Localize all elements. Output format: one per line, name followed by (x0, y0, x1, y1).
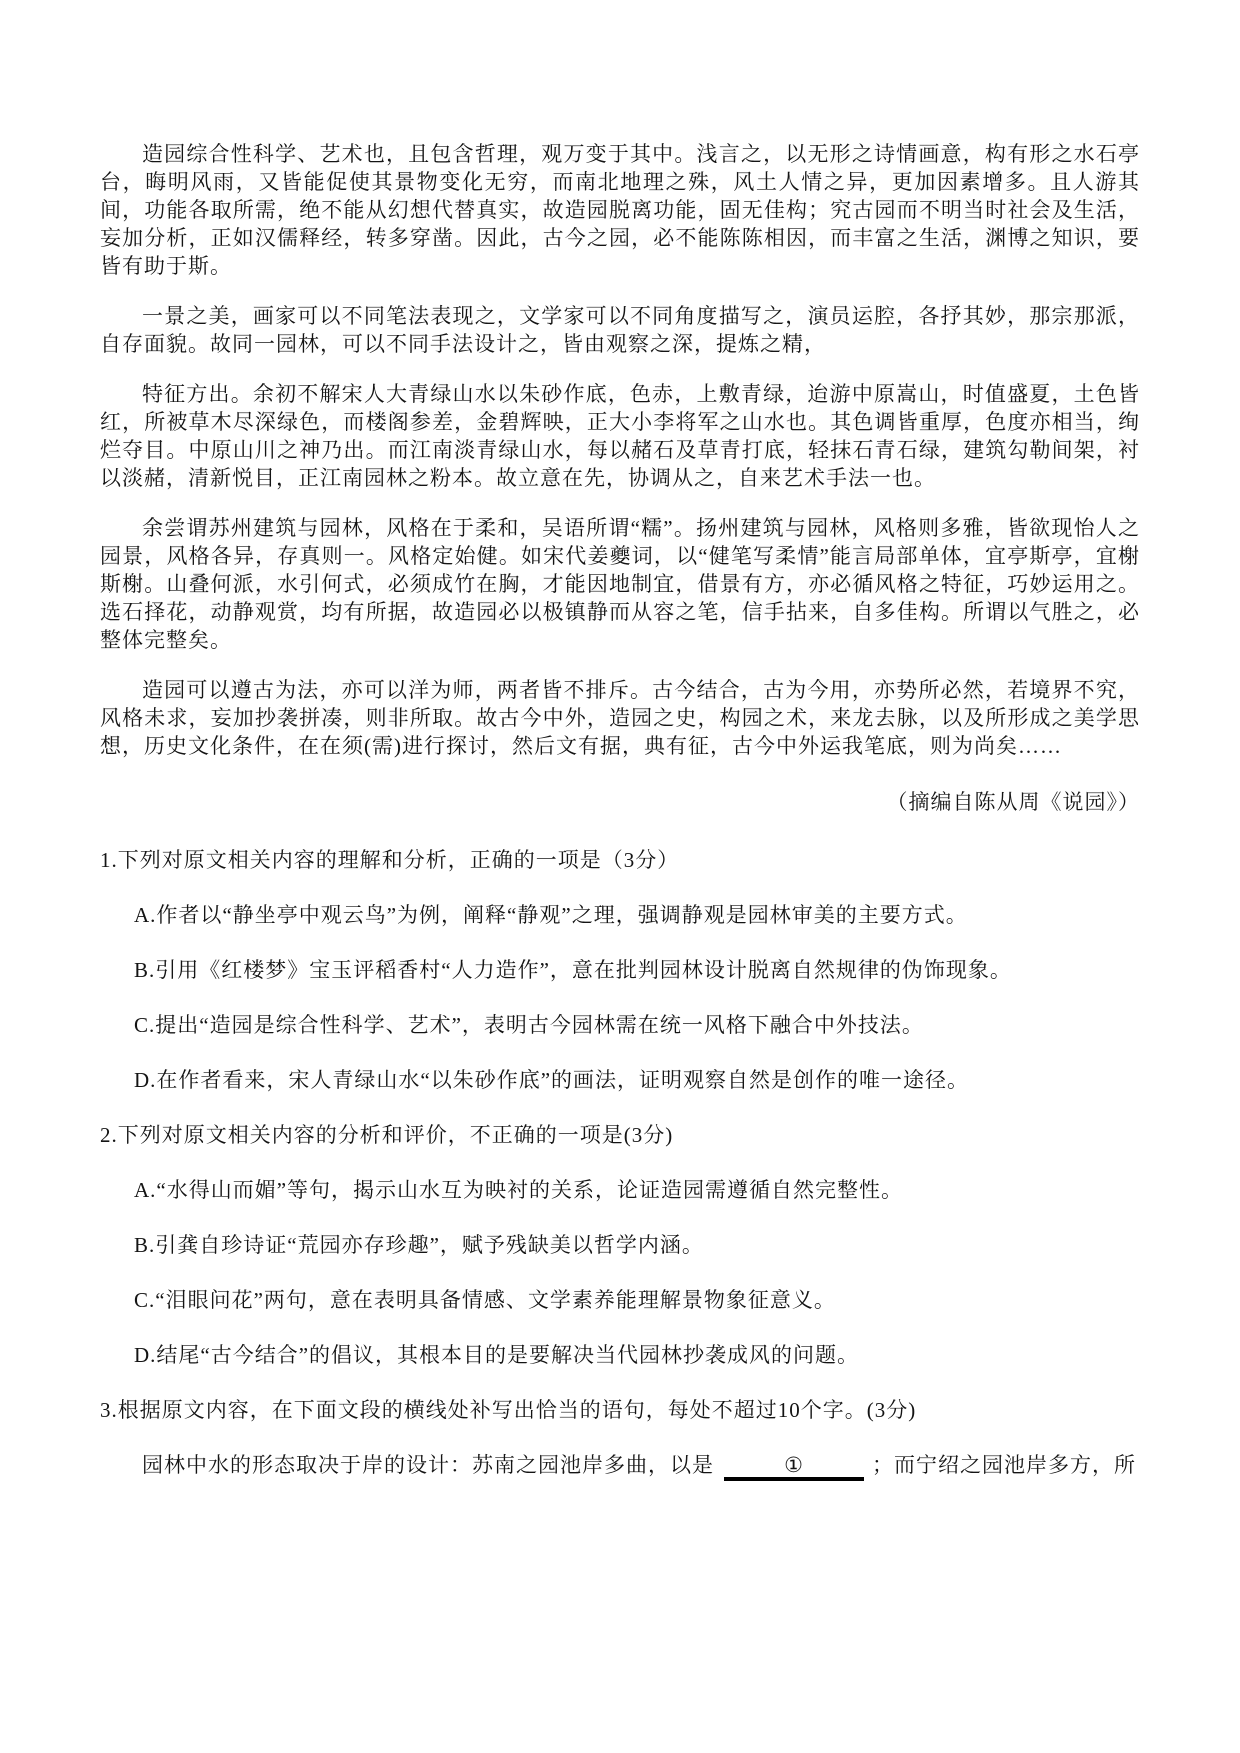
exam-page: 造园综合性科学、艺术也，且包含哲理，观万变于其中。浅言之，以无形之诗情画意，构有… (0, 0, 1240, 1481)
question-2-option-a: A.“水得山而媚”等句，揭示山水互为映衬的关系，论证造园需遵循自然完整性。 (100, 1176, 1140, 1204)
fill-in-text-after: ；而宁绍之园池岸多方，所 (872, 1453, 1136, 1477)
question-1-option-d: D.在作者看来，宋人青绿山水“以朱砂作底”的画法，证明观察自然是创作的唯一途径。 (100, 1066, 1140, 1094)
question-2-option-c: C.“泪眼问花”两句，意在表明具备情感、文学素养能理解景物象征意义。 (100, 1286, 1140, 1314)
question-2-stem: 2.下列对原文相关内容的分析和评价，不正确的一项是(3分) (100, 1121, 1140, 1149)
question-2-option-b: B.引龚自珍诗证“荒园亦存珍趣”，赋予残缺美以哲学内涵。 (100, 1231, 1140, 1259)
question-1-option-a: A.作者以“静坐亭中观云鸟”为例，阐释“静观”之理，强调静观是园林审美的主要方式… (100, 901, 1140, 929)
question-1-option-b: B.引用《红楼梦》宝玉评稻香村“人力造作”，意在批判园林设计脱离自然规律的伪饰现… (100, 956, 1140, 984)
fill-in-sentence: 园林中水的形态取决于岸的设计：苏南之园池岸多曲，以是①；而宁绍之园池岸多方，所 (100, 1451, 1140, 1481)
passage-paragraph-4: 余尝谓苏州建筑与园林，风格在于柔和，吴语所谓“糯”。扬州建筑与园林，风格则多雅，… (100, 514, 1140, 654)
answer-blank-line: ① (724, 1453, 864, 1481)
fill-in-text-before: 园林中水的形态取决于岸的设计：苏南之园池岸多曲，以是 (142, 1453, 714, 1477)
passage-attribution: （摘编自陈从周《说园》） (100, 788, 1140, 816)
question-section: 1.下列对原文相关内容的理解和分析，正确的一项是（3分） A.作者以“静坐亭中观… (100, 846, 1140, 1481)
passage-paragraph-1: 造园综合性科学、艺术也，且包含哲理，观万变于其中。浅言之，以无形之诗情画意，构有… (100, 140, 1140, 280)
reading-passage: 造园综合性科学、艺术也，且包含哲理，观万变于其中。浅言之，以无形之诗情画意，构有… (100, 140, 1140, 816)
question-1-option-c: C.提出“造园是综合性科学、艺术”，表明古今园林需在统一风格下融合中外技法。 (100, 1011, 1140, 1039)
passage-paragraph-2: 一景之美，画家可以不同笔法表现之，文学家可以不同角度描写之，演员运腔，各抒其妙，… (100, 302, 1140, 358)
question-2-option-d: D.结尾“古今结合”的倡议，其根本目的是要解决当代园林抄袭成风的问题。 (100, 1341, 1140, 1369)
passage-paragraph-5: 造园可以遵古为法，亦可以洋为师，两者皆不排斥。古今结合，古为今用，亦势所必然，若… (100, 676, 1140, 760)
question-1-stem: 1.下列对原文相关内容的理解和分析，正确的一项是（3分） (100, 846, 1140, 874)
question-3-stem: 3.根据原文内容，在下面文段的横线处补写出恰当的语句，每处不超过10个字。(3分… (100, 1396, 1140, 1424)
circled-number-1: ① (784, 1453, 804, 1477)
passage-paragraph-3: 特征方出。余初不解宋人大青绿山水以朱砂作底，色赤，上敷青绿，迨游中原嵩山，时值盛… (100, 380, 1140, 492)
